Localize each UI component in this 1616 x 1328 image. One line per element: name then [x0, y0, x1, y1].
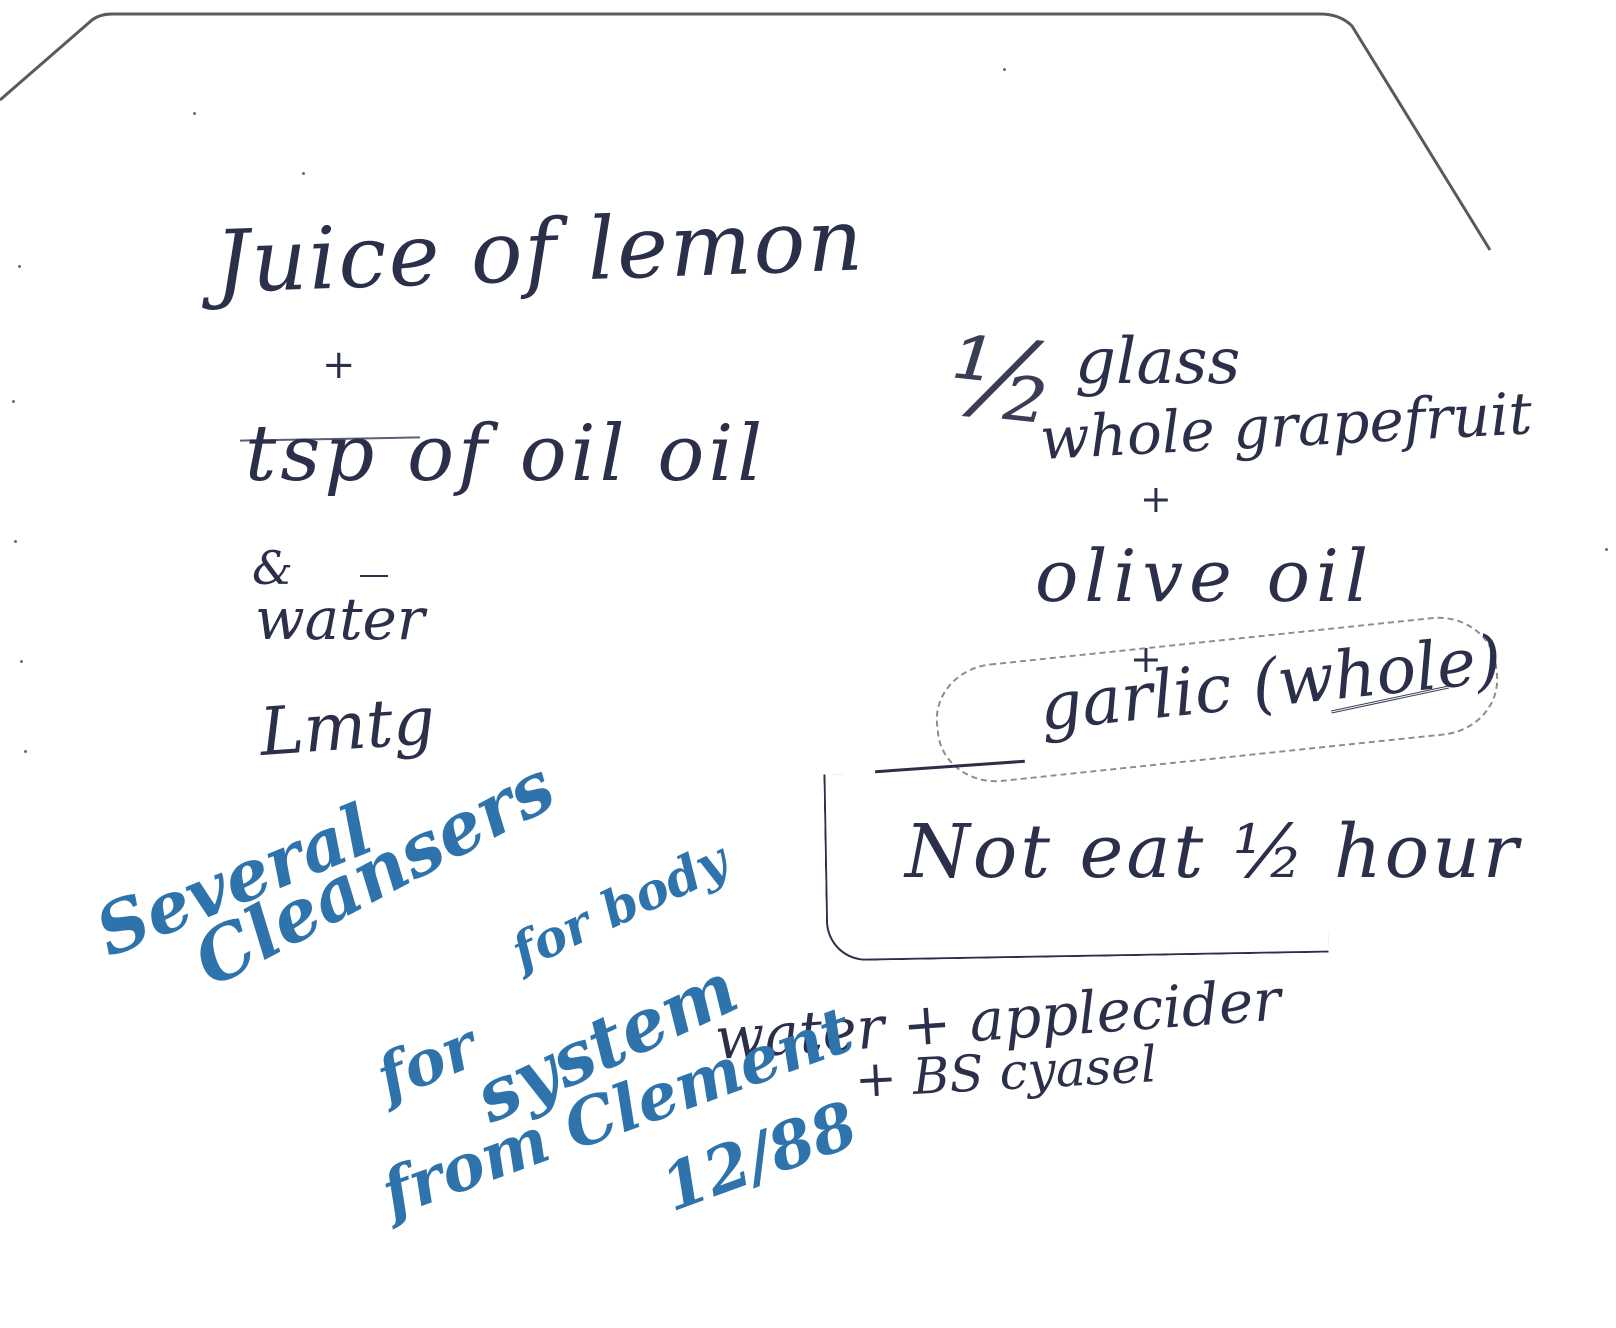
bs-molasses-text: + BS cyasel	[854, 1039, 1158, 1105]
water-text: water	[255, 590, 425, 648]
not-eat-instruction-text: Not eat ½ hour	[905, 815, 1521, 889]
plus-sign: +	[322, 345, 356, 385]
plus-sign: +	[1140, 480, 1172, 518]
macron-mark	[360, 575, 388, 577]
tsp-of-oil-text: tsp of oil oil	[245, 415, 766, 493]
abbreviation-text: Lmtg	[258, 688, 437, 766]
olive-oil-text: olive oil	[1035, 540, 1374, 612]
juice-of-lemon-text: Juice of lemon	[213, 197, 865, 306]
glass-text: glass	[1075, 330, 1240, 394]
